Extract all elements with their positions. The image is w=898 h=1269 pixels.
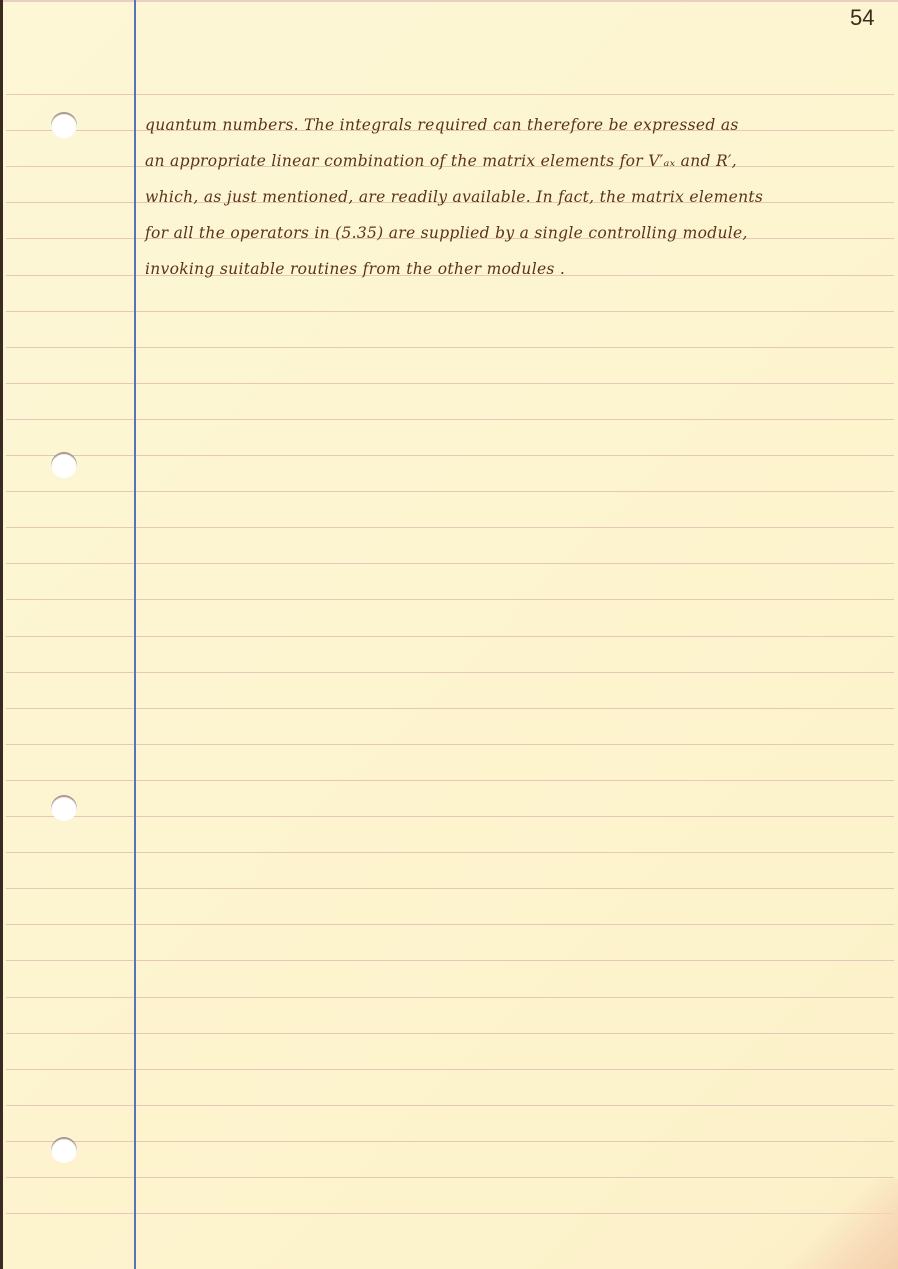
ruled-line (6, 1033, 894, 1034)
ruled-line (6, 744, 894, 745)
ruled-line (6, 924, 894, 925)
text-line: quantum numbers. The integrals required … (145, 116, 739, 134)
notebook-page: 54 quantum numbers. The integrals requir… (0, 0, 898, 1269)
ruled-line (6, 527, 894, 528)
ruled-line (6, 997, 894, 998)
ruled-line (6, 491, 894, 492)
ruled-line (6, 419, 894, 420)
ruled-line (6, 852, 894, 853)
ruled-line (6, 636, 894, 637)
punch-hole (51, 112, 77, 138)
text-line: which, as just mentioned, are readily av… (145, 188, 763, 206)
ruled-line (6, 383, 894, 384)
ruled-line (6, 960, 894, 961)
ruled-line (6, 599, 894, 600)
punch-hole (51, 1137, 77, 1163)
page-number: 54 (850, 5, 874, 31)
ruled-line (6, 1177, 894, 1178)
margin-line (134, 0, 136, 1269)
ruled-line (6, 708, 894, 709)
punch-hole (51, 795, 77, 821)
ruled-line (6, 311, 894, 312)
ruled-line (6, 1141, 894, 1142)
ruled-line (6, 888, 894, 889)
ruled-line (6, 347, 894, 348)
ruled-line (6, 672, 894, 673)
ruled-line (6, 1105, 894, 1106)
ruled-line (6, 780, 894, 781)
ruled-line (6, 1069, 894, 1070)
punch-hole (51, 452, 77, 478)
ruled-line (6, 816, 894, 817)
ruled-line (6, 563, 894, 564)
text-line: an appropriate linear combination of the… (145, 152, 737, 170)
ruled-line (6, 94, 894, 95)
text-line: invoking suitable routines from the othe… (145, 260, 565, 278)
ruled-line (6, 455, 894, 456)
ruled-line (6, 1213, 894, 1214)
text-line: for all the operators in (5.35) are supp… (145, 224, 748, 242)
